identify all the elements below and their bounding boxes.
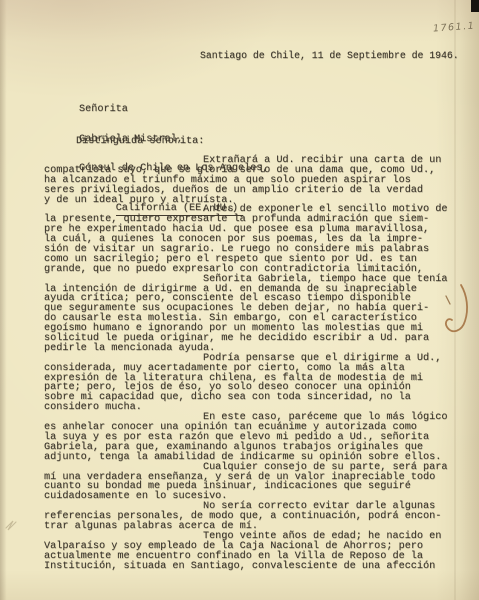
pen-checkmark-hook bbox=[440, 282, 474, 342]
salutation: Distinguida señorita: bbox=[76, 137, 204, 147]
scanned-letter-page: 1761.1 Santiago de Chile, 11 de Septiemb… bbox=[0, 0, 479, 600]
letter-body: Extrañará a Ud. recibir una carta de unc… bbox=[44, 156, 474, 571]
body-line: Institución, situada en Santiago, conval… bbox=[44, 562, 474, 572]
scan-edge-artifact bbox=[471, 0, 479, 12]
handwritten-archive-number: 1761.1 bbox=[433, 21, 476, 35]
dateline: Santiago de Chile, 11 de Septiembre de 1… bbox=[200, 51, 459, 61]
pencil-margin-mark bbox=[3, 516, 21, 534]
recipient-title: Señorita bbox=[79, 105, 269, 115]
